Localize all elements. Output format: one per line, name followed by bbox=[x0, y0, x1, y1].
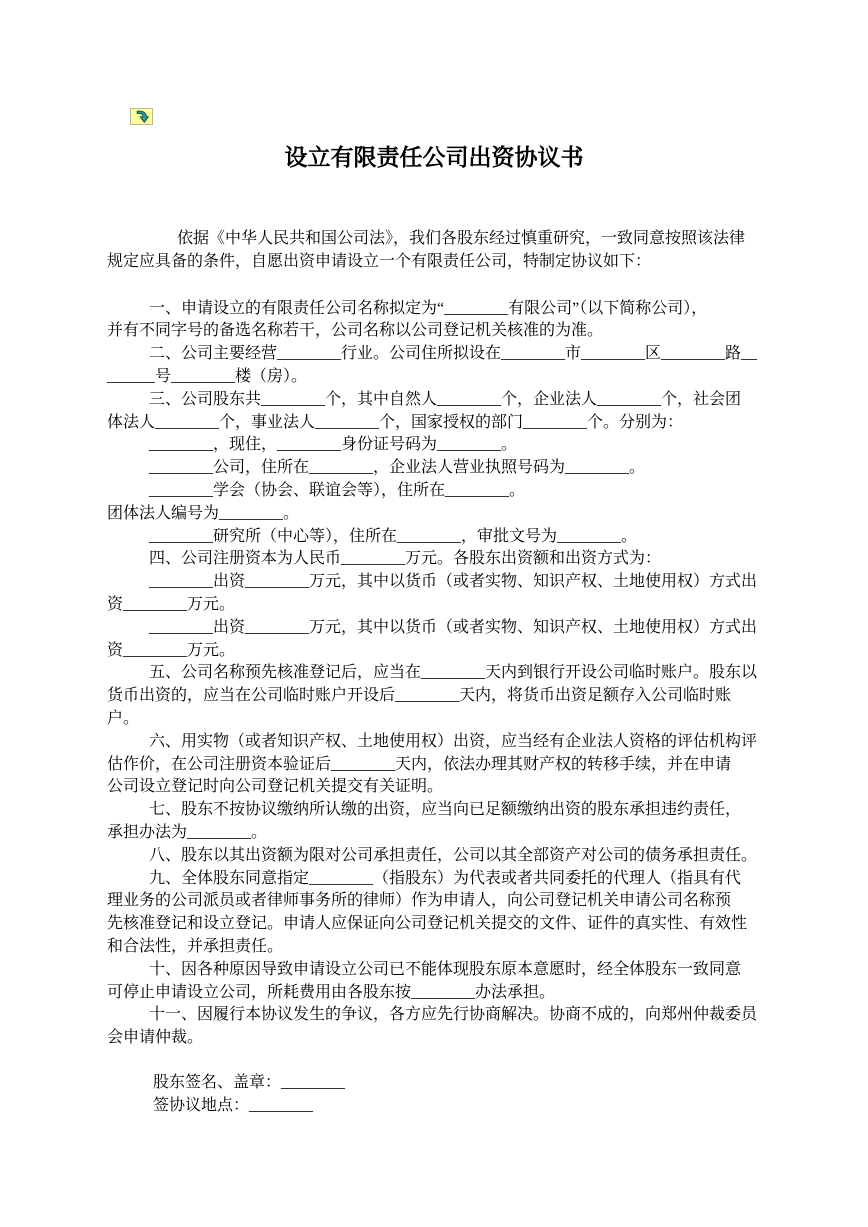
shareholder-institute-line: ________研究所（中心等），住所在________，审批文号为______… bbox=[107, 526, 767, 549]
clause-4-registered-capital: 四、公司注册资本为人民币________万元。各股东出资额和出资方式为： bbox=[107, 548, 767, 571]
document-page: { "colors": { "page_bg": "#ffffff", "tex… bbox=[0, 0, 868, 1227]
contribution-line-1: ________出资________万元，其中以货币（或者实物、知识产权、土地使… bbox=[107, 571, 767, 617]
contribution-line-2: ________出资________万元，其中以货币（或者实物、知识产权、土地使… bbox=[107, 617, 767, 663]
signing-place-line: 签协议地点：________ bbox=[107, 1095, 767, 1118]
clause-7-breach-liability: 七、股东不按协议缴纳所认缴的出资，应当向已足额缴纳出资的股东承担违约责任， 承担… bbox=[107, 799, 767, 845]
clause-5-temporary-account: 五、公司名称预先核准登记后，应当在________天内到银行开设公司临时账户。股… bbox=[107, 662, 767, 730]
clause-8-limited-liability: 八、股东以其出资额为限对公司承担责任，公司以其全部资产对公司的债务承担责任。 bbox=[107, 845, 767, 868]
document-title: 设立有限责任公司出资协议书 bbox=[0, 143, 868, 173]
clause-3-shareholders-count: 三、公司股东共________个，其中自然人________个，企业法人____… bbox=[107, 389, 767, 435]
shareholder-company-line: ________公司，住所在________，企业法人营业执照号码为______… bbox=[107, 457, 767, 480]
paragraph-intro: 依据《中华人民共和国公司法》，我们各股东经过慎重研究，一致同意按照该法律 规定应… bbox=[107, 228, 767, 274]
curved-arrow-icon bbox=[135, 110, 149, 123]
association-number-line: 团体法人编号为________。 bbox=[107, 503, 767, 526]
clause-1-company-name: 一、申请设立的有限责任公司名称拟定为“________有限公司”（以下简称公司）… bbox=[107, 298, 767, 344]
shareholder-natural-person-line: ________，现住，________身份证号码为________。 bbox=[107, 434, 767, 457]
document-body: 依据《中华人民共和国公司法》，我们各股东经过慎重研究，一致同意按照该法律 规定应… bbox=[107, 228, 767, 1117]
embedded-object-marker bbox=[130, 108, 153, 125]
clause-6-in-kind-contribution: 六、用实物（或者知识产权、土地使用权）出资，应当经有企业法人资格的评估机构评 估… bbox=[107, 731, 767, 799]
clause-11-arbitration: 十一、因履行本协议发生的争议，各方应先行协商解决。协商不成的，向郑州仲裁委员 会… bbox=[107, 1004, 767, 1050]
clause-9-designated-agent: 九、全体股东同意指定________（指股东）为代表或者共同委托的代理人（指具有… bbox=[107, 868, 767, 959]
signature-seal-line: 股东签名、盖章：________ bbox=[107, 1072, 767, 1095]
shareholder-association-line: ________学会（协会、联谊会等），住所在________。 bbox=[107, 480, 767, 503]
clause-2-business-address: 二、公司主要经营________行业。公司住所拟设在________市_____… bbox=[107, 343, 767, 389]
clause-10-termination-costs: 十、因各种原因导致申请设立公司已不能体现股东原本意愿时，经全体股东一致同意 可停… bbox=[107, 959, 767, 1005]
